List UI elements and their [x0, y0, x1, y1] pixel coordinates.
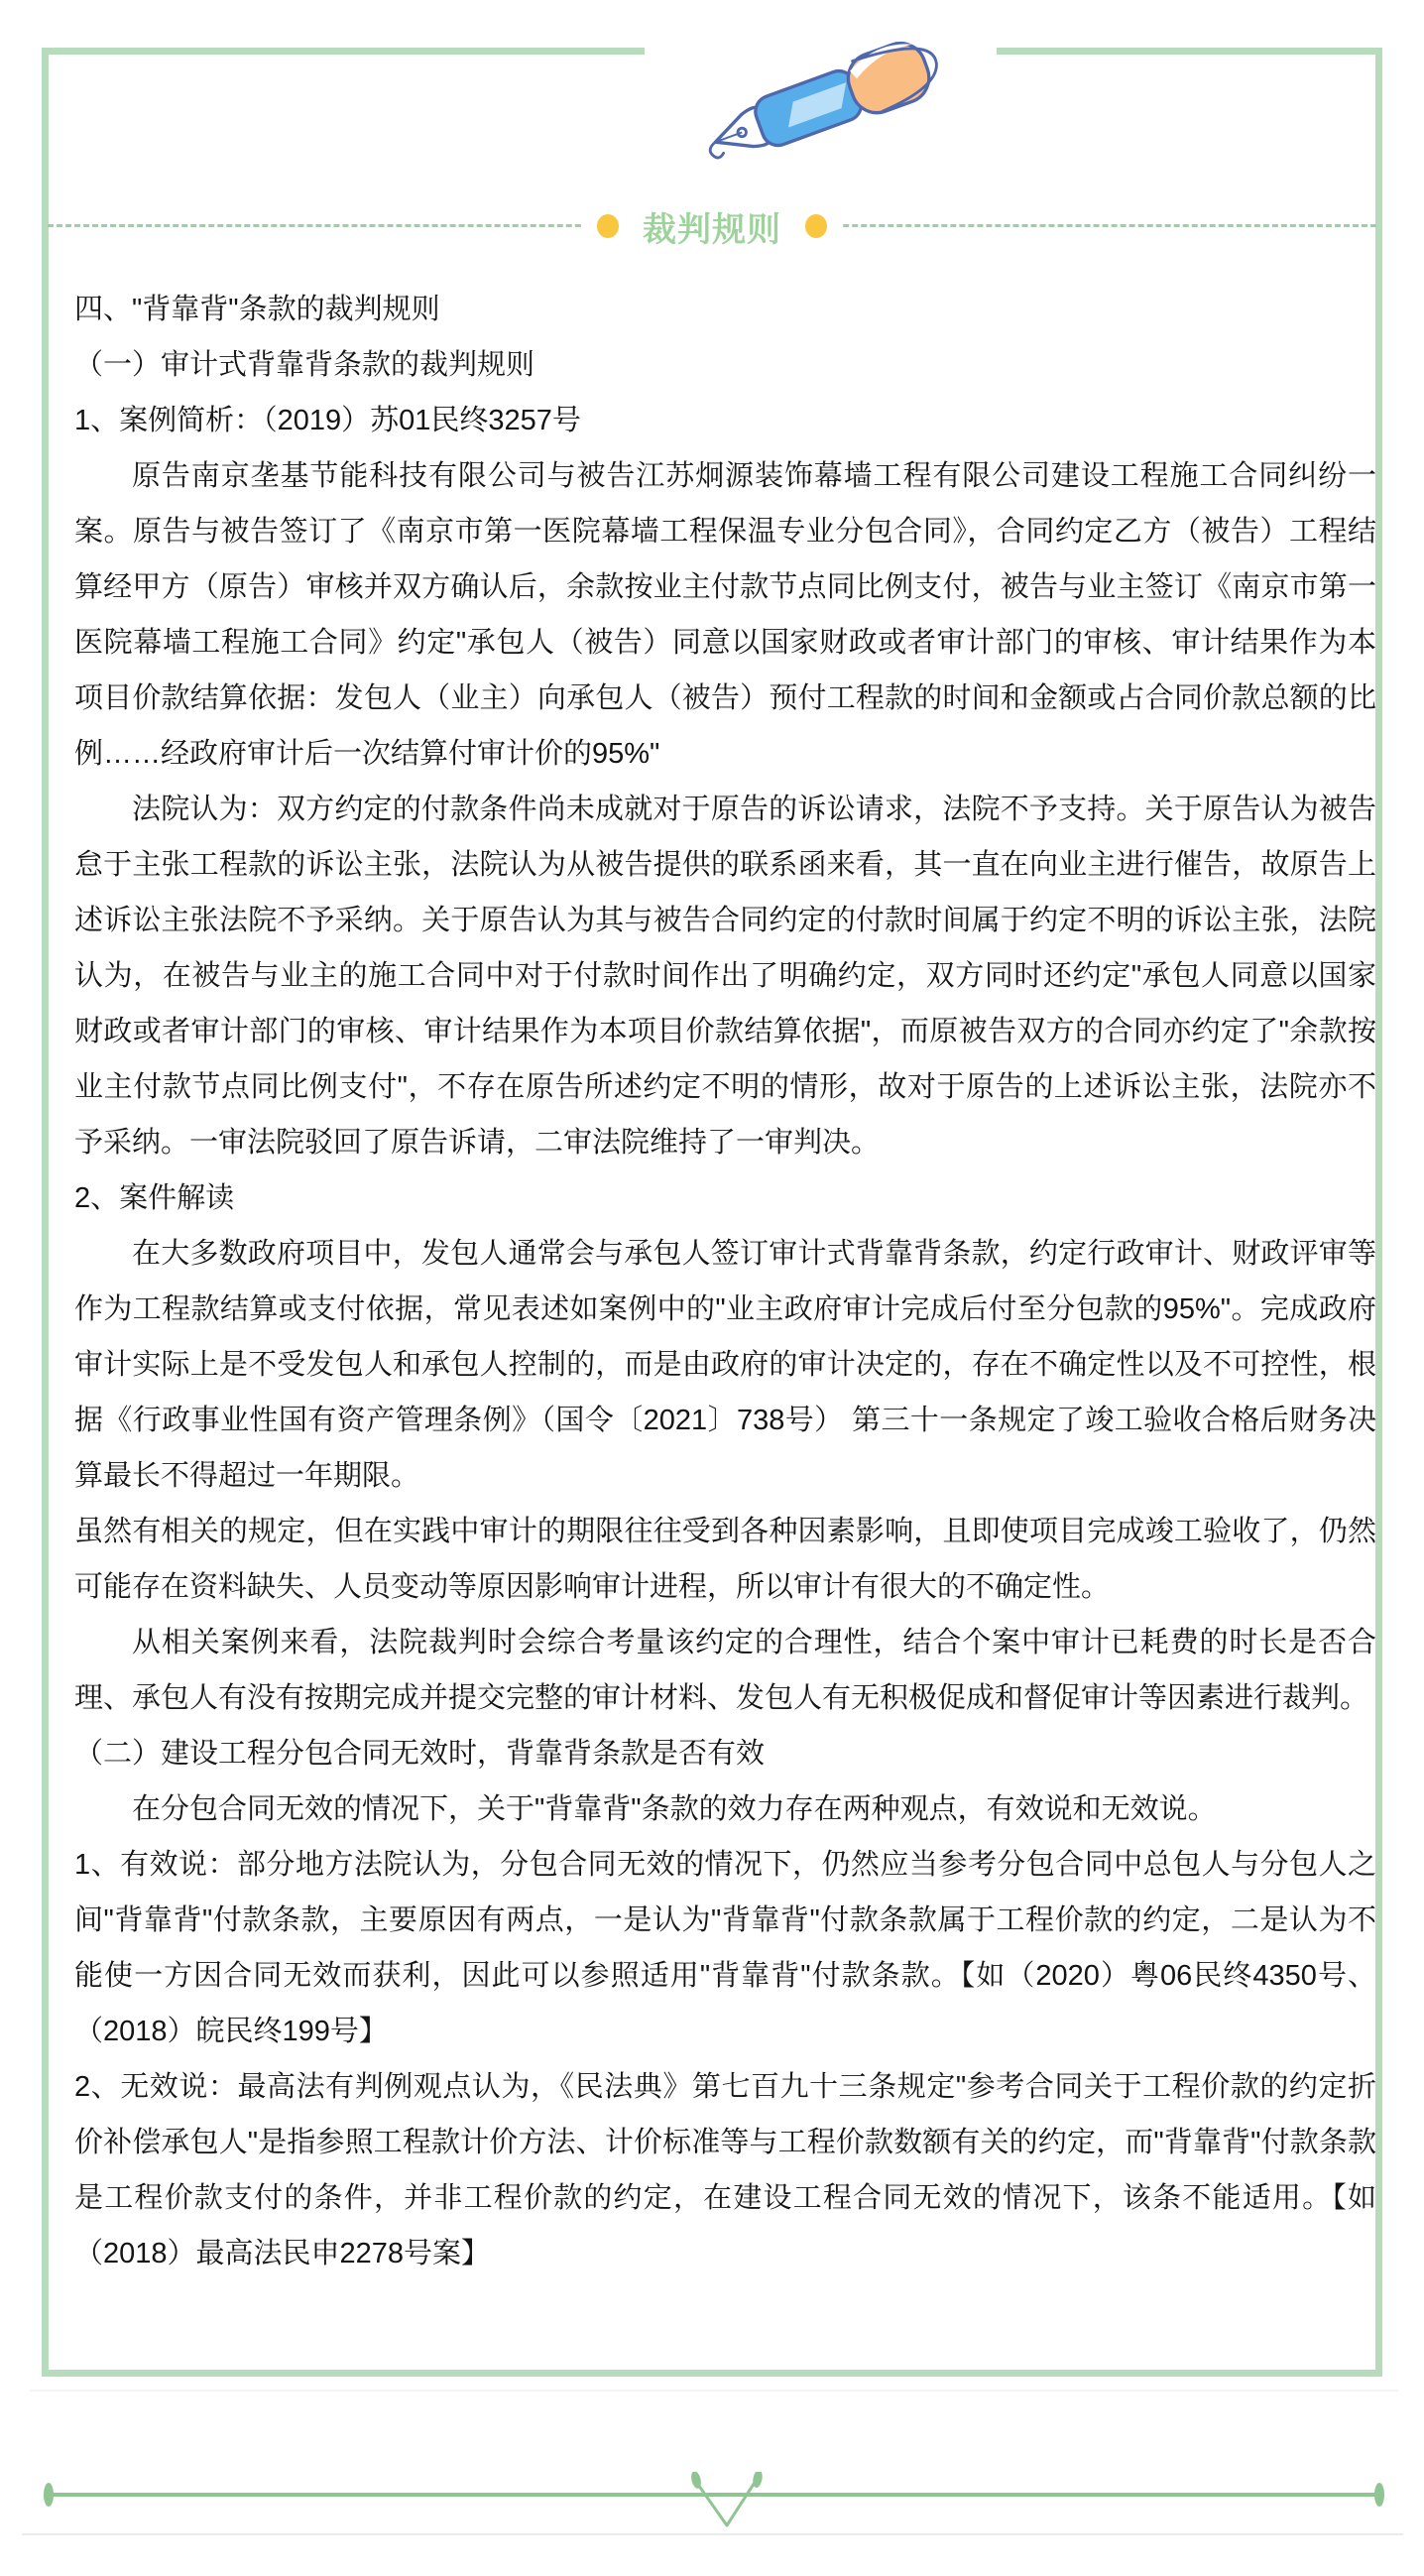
paragraph: （二）建设工程分包合同无效时，背靠背条款是否有效: [74, 1726, 1376, 1781]
paragraph: （一）审计式背靠背条款的裁判规则: [74, 337, 1376, 393]
paragraph: 在大多数政府项目中，发包人通常会与承包人签订审计式背靠背条款，约定行政审计、财政…: [74, 1226, 1376, 1504]
section-header: 裁判规则: [48, 202, 1376, 250]
title-dot-right-icon: [805, 214, 827, 238]
title-dot-left-icon: [597, 214, 619, 238]
article-body: 四、"背靠背"条款的裁判规则（一）审计式背靠背条款的裁判规则1、案例简析：（20…: [74, 282, 1376, 2281]
faint-separator: [30, 2390, 1398, 2392]
section-title-group: 裁判规则: [583, 202, 841, 250]
fountain-pen-icon: [669, 20, 967, 171]
paragraph: 1、案例简析：（2019）苏01民终3257号: [74, 393, 1376, 448]
page-root: 裁判规则 四、"背靠背"条款的裁判规则（一）审计式背靠背条款的裁判规则1、案例简…: [0, 0, 1424, 2576]
chevron-down-icon: [682, 2472, 771, 2537]
paragraph: 从相关案例来看，法院裁判时会综合考量该约定的合理性，结合个案中审计已耗费的时长是…: [74, 1615, 1376, 1726]
paragraph: 四、"背靠背"条款的裁判规则: [74, 282, 1376, 337]
bottom-gray-line: [22, 2533, 1403, 2535]
paragraph: 2、无效说：最高法有判例观点认为，《民法典》第七百九十三条规定"参考合同关于工程…: [74, 2059, 1376, 2281]
paragraph: 1、有效说：部分地方法院认为，分包合同无效的情况下，仍然应当参考分包合同中总包人…: [74, 1837, 1376, 2059]
paragraph: 在分包合同无效的情况下，关于"背靠背"条款的效力存在两种观点，有效说和无效说。: [74, 1781, 1376, 1837]
paragraph: 虽然有相关的规定，但在实践中审计的期限往往受到各种因素影响，且即使项目完成竣工验…: [74, 1504, 1376, 1615]
divider-dot-right-icon: [1374, 2483, 1384, 2507]
paragraph: 2、案件解读: [74, 1170, 1376, 1226]
section-title: 裁判规则: [643, 202, 781, 251]
paragraph: 原告南京垄基节能科技有限公司与被告江苏炯源装饰幕墙工程有限公司建设工程施工合同纠…: [74, 448, 1376, 782]
pen-icon: [669, 20, 967, 171]
paragraph: 法院认为：双方约定的付款条件尚未成就对于原告的诉讼请求，法院不予支持。关于原告认…: [74, 782, 1376, 1170]
